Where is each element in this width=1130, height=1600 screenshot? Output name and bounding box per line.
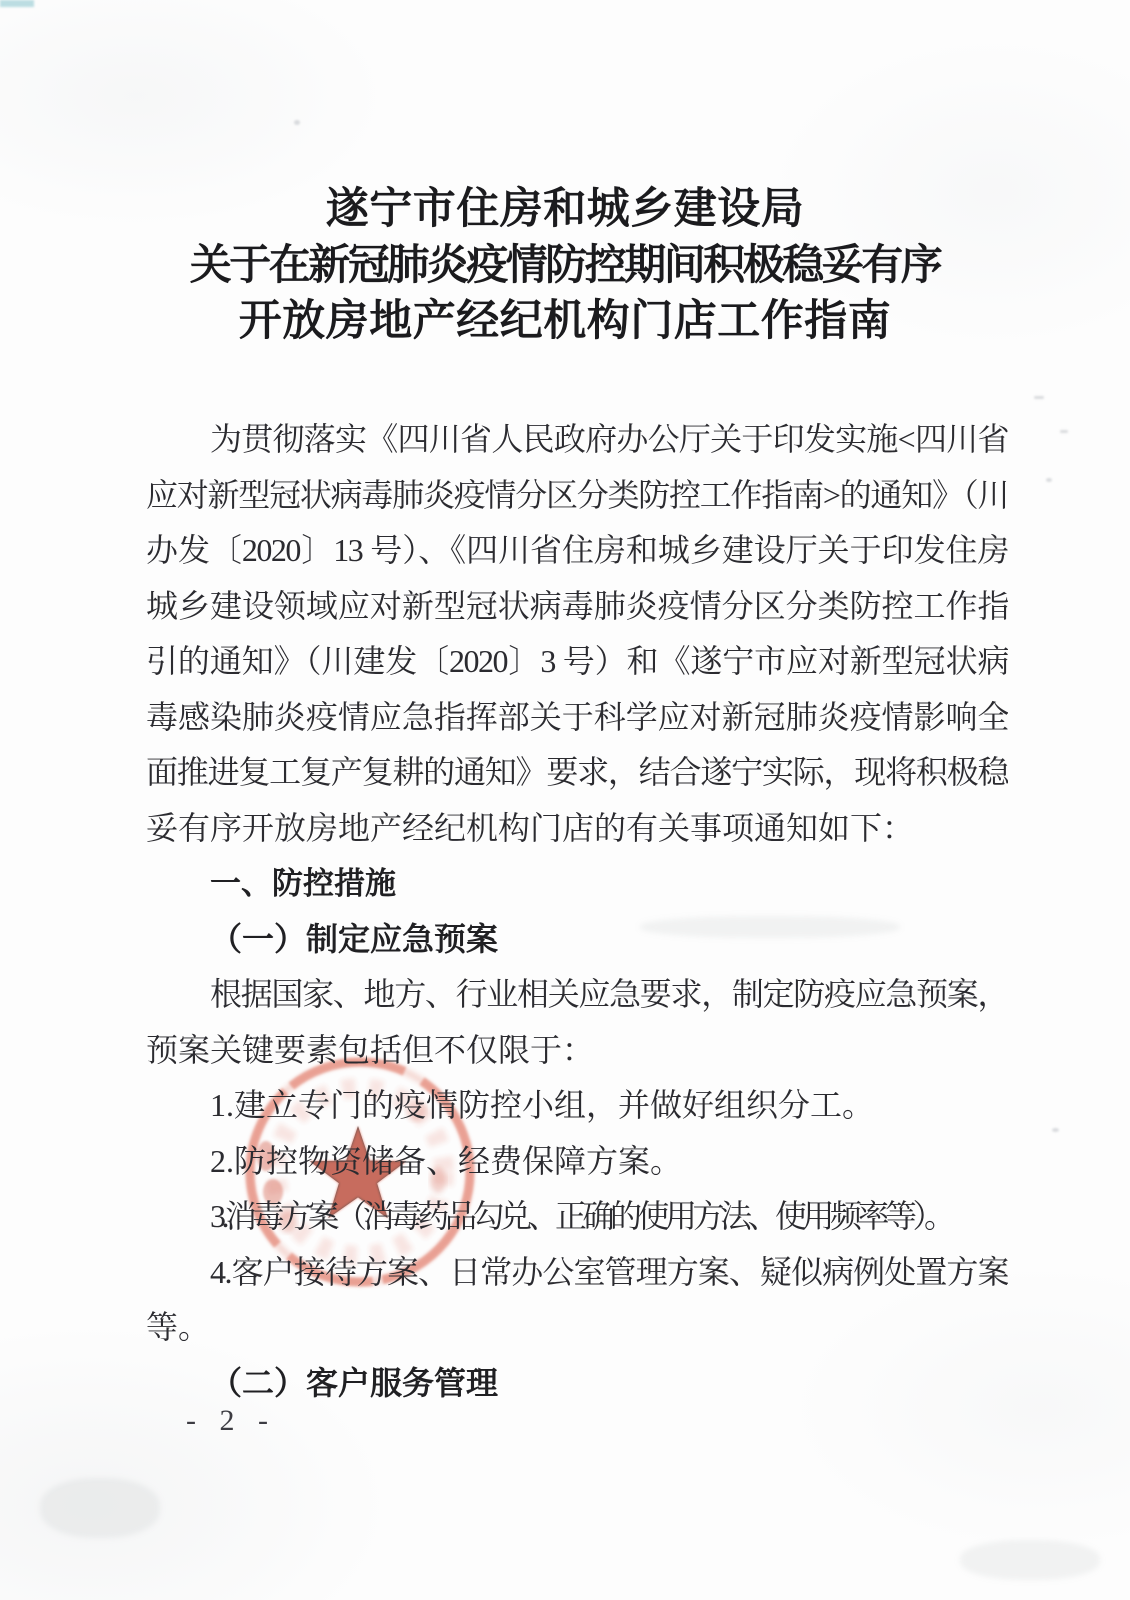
subsection-heading: （二）客户服务管理 xyxy=(146,1356,1008,1412)
scan-speck xyxy=(1046,478,1052,482)
text-line: 为贯彻落实《四川省人民政府办公厅关于印发实施<四川省 xyxy=(146,412,1008,468)
scan-speck xyxy=(1034,396,1044,399)
scan-smudge xyxy=(960,1540,1100,1580)
page-number: - 2 - xyxy=(186,1404,276,1438)
text-line: 面推进复工复产复耕的通知》要求，结合遂宁实际，现将积极稳 xyxy=(146,745,1008,801)
text-line: 引的通知》（川建发〔2020〕3 号）和《遂宁市应对新型冠状病 xyxy=(146,634,1008,690)
title-line-2: 关于在新冠肺炎疫情防控期间积极稳妥有序 xyxy=(0,238,1130,294)
text-line: 等。 xyxy=(146,1300,1008,1356)
text-line: 应对新型冠状病毒肺炎疫情分区分类防控工作指南>的通知》（川 xyxy=(146,468,1008,524)
document-body: 为贯彻落实《四川省人民政府办公厅关于印发实施<四川省 应对新型冠状病毒肺炎疫情分… xyxy=(146,412,1008,1411)
title-line-3: 开放房地产经纪机构门店工作指南 xyxy=(0,294,1130,350)
text-line: 妥有序开放房地产经纪机构门店的有关事项通知如下： xyxy=(146,801,1008,857)
document-page: 遂宁市住房和城乡建设局 关于在新冠肺炎疫情防控期间积极稳妥有序 开放房地产经纪机… xyxy=(0,0,1130,1600)
text-line: 根据国家、地方、行业相关应急要求，制定防疫应急预案， xyxy=(146,967,1008,1023)
text-line: 毒感染肺炎疫情应急指挥部关于科学应对新冠肺炎疫情影响全 xyxy=(146,690,1008,746)
list-item: 3.消毒方案（消毒药品勾兑、正确的使用方法、使用频率等）。 xyxy=(146,1189,1008,1245)
text-line: 办发〔2020〕13 号）、《四川省住房和城乡建设厅关于印发住房 xyxy=(146,523,1008,579)
document-title: 遂宁市住房和城乡建设局 关于在新冠肺炎疫情防控期间积极稳妥有序 开放房地产经纪机… xyxy=(0,182,1130,350)
scan-edge-mark xyxy=(0,0,34,7)
text-line: 预案关键要素包括但不仅限于： xyxy=(146,1023,1008,1079)
scan-smudge xyxy=(40,1478,160,1538)
list-item: 1.建立专门的疫情防控小组，并做好组织分工。 xyxy=(146,1078,1008,1134)
subsection-heading: （一）制定应急预案 xyxy=(146,912,1008,968)
list-item: 2.防控物资储备、经费保障方案。 xyxy=(146,1134,1008,1190)
section-heading: 一、防控措施 xyxy=(146,856,1008,912)
scan-speck xyxy=(294,120,300,125)
text-line: 城乡建设领域应对新型冠状病毒肺炎疫情分区分类防控工作指 xyxy=(146,579,1008,635)
scan-speck xyxy=(1060,430,1068,433)
scan-speck xyxy=(1052,1128,1059,1132)
list-item: 4.客户接待方案、日常办公室管理方案、疑似病例处置方案 xyxy=(146,1245,1008,1301)
title-line-1: 遂宁市住房和城乡建设局 xyxy=(0,182,1130,238)
